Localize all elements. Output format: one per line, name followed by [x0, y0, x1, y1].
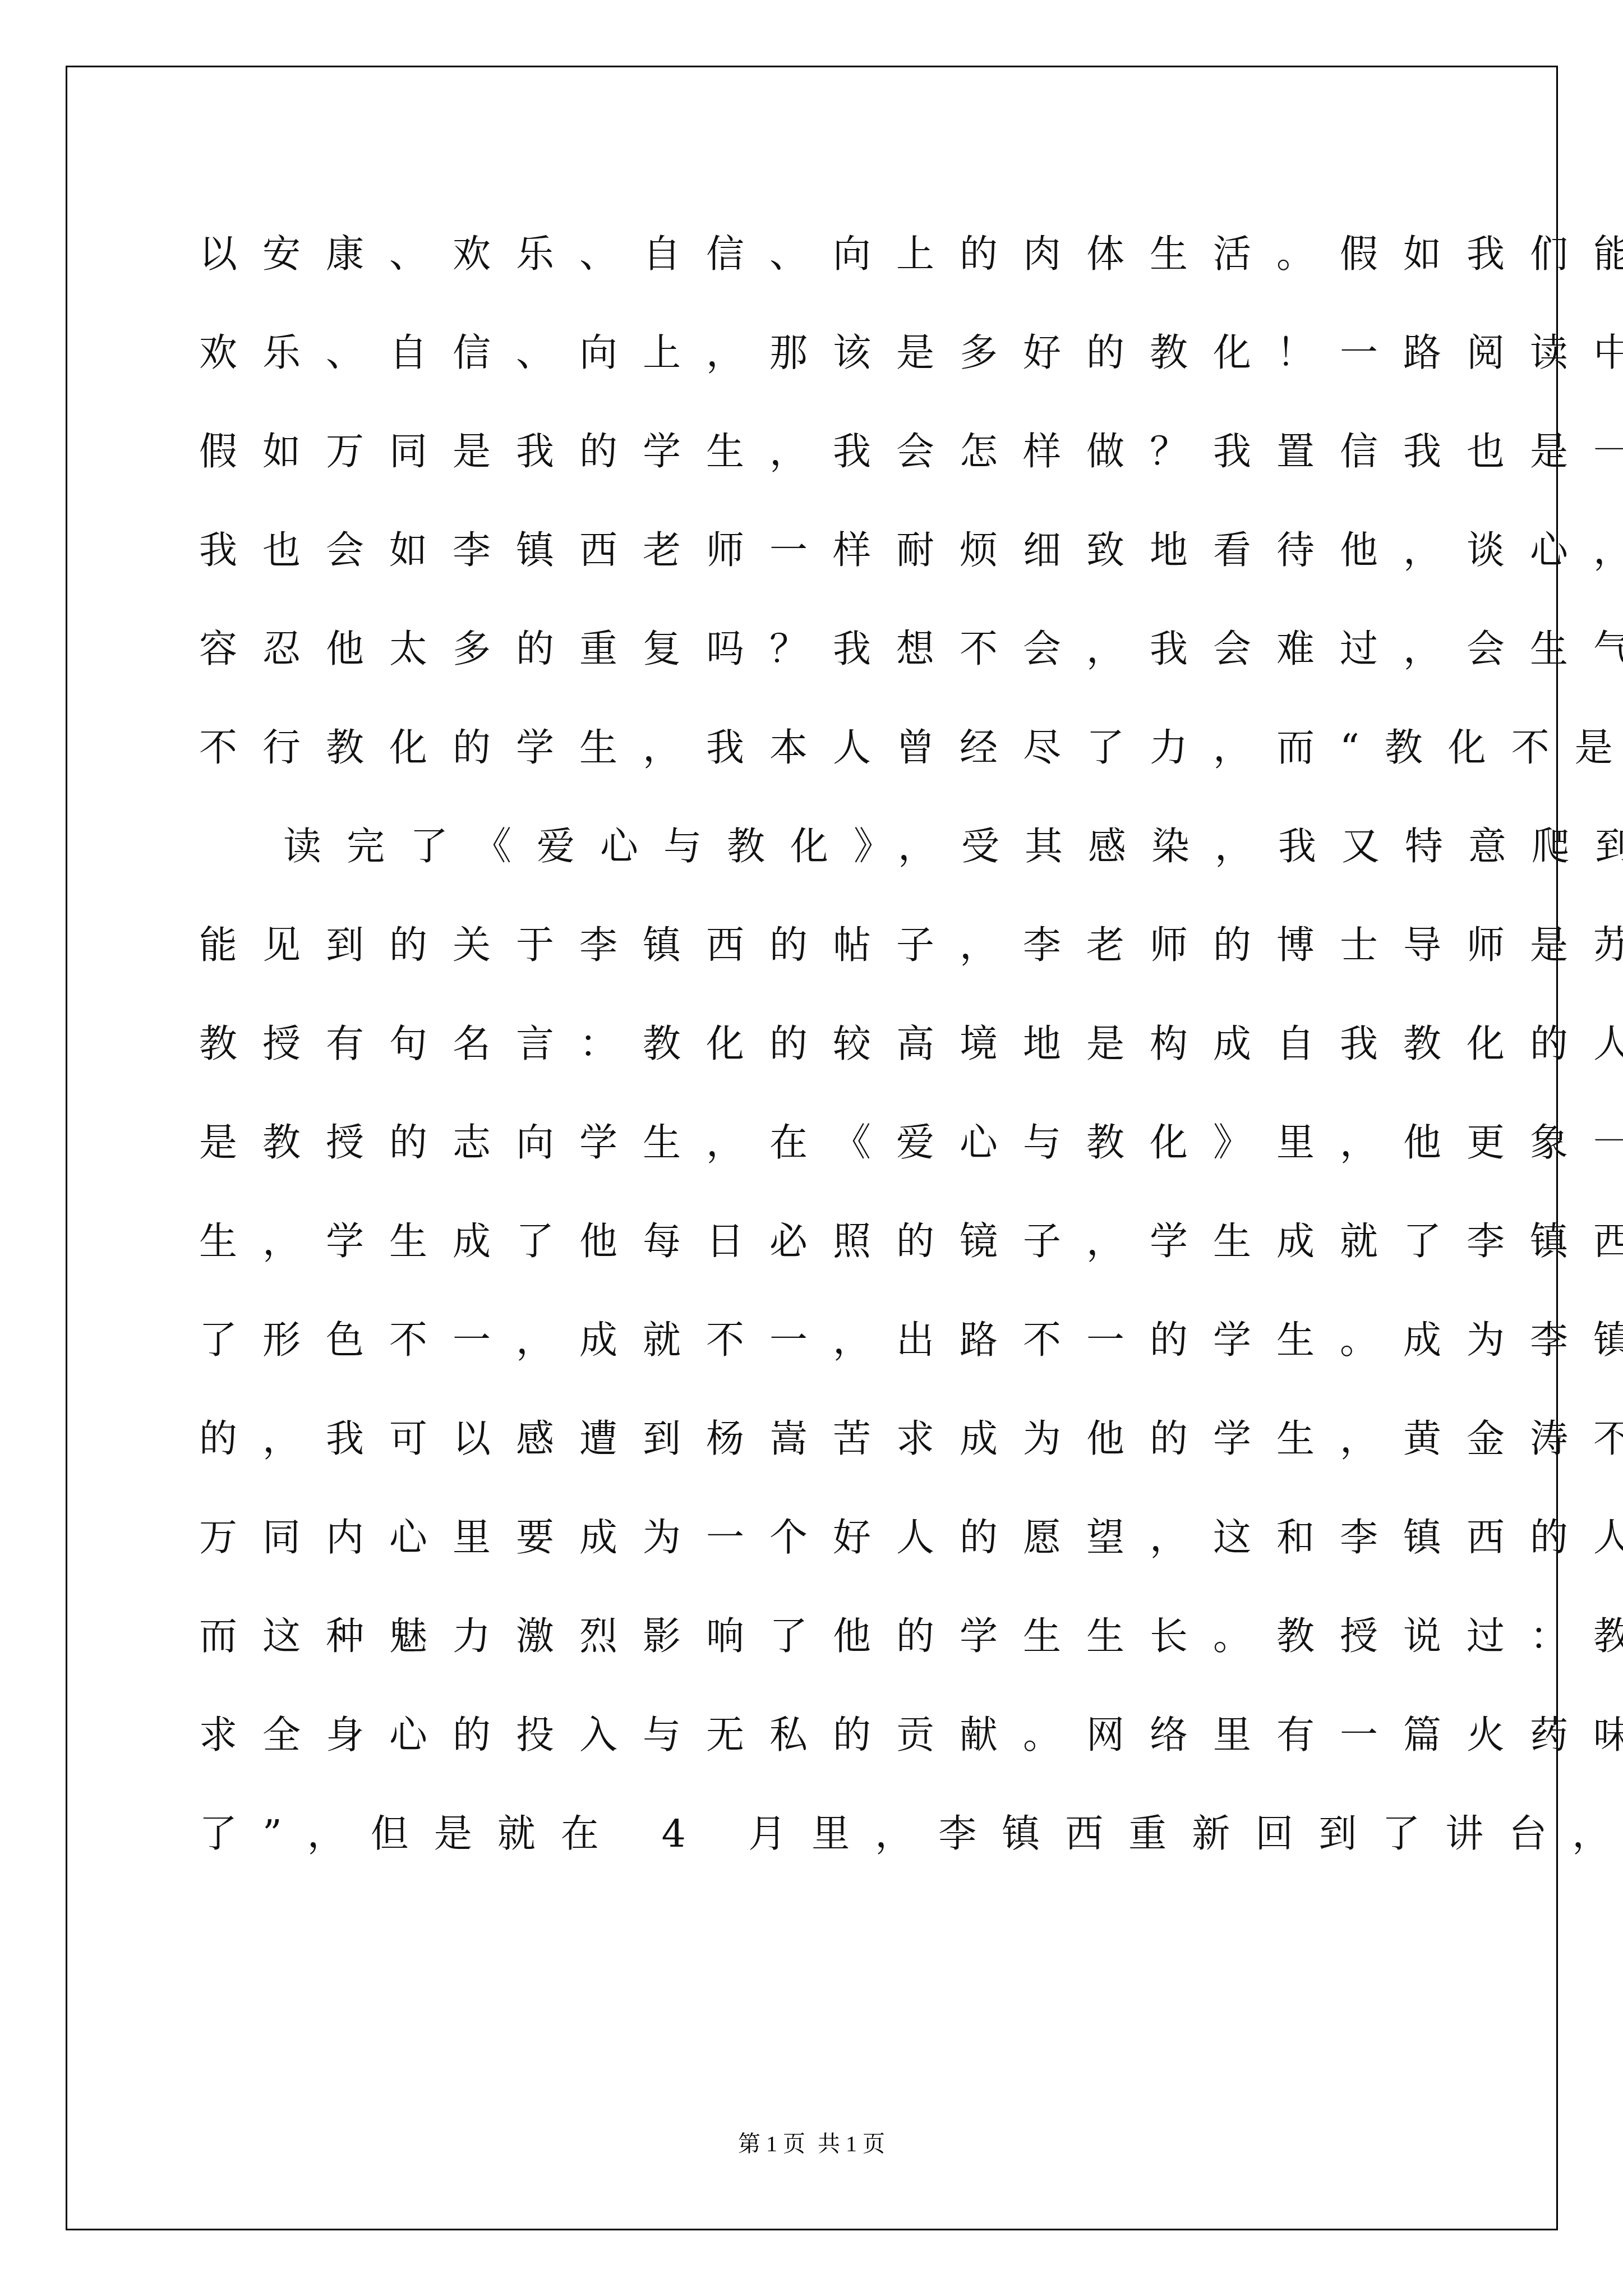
text-line: 的，我可以感遭到杨嵩苦求成为他的学生，黄金涛不悔成为他的挚友， [199, 1390, 1455, 1489]
text-line: 而这种魅力激烈影响了他的学生生长。教授说过：教化需求激情，需 [199, 1588, 1455, 1686]
text-line: 不行教化的学生，我本人曾经尽了力，而“教化不是万能的”。 [199, 699, 1455, 798]
text-line: 能见到的关于李镇西的帖子，李老师的博士导师是苏州的朱永新教授， [199, 896, 1455, 995]
text-line: 欢乐、自信、向上，那该是多好的教化！一路阅读中，我在问本人： [199, 304, 1455, 403]
text-line: 了”，但是就在 4 月里，李镇西重新回到了讲台，回到了学生中。听其 [199, 1785, 1455, 1884]
text-line: 了形色不一，成就不一，出路不一的学生。成为李镇西的学生是侥幸 [199, 1291, 1455, 1390]
text-line: 生，学生成了他每日必照的镜子，学生成就了李镇西，李镇西也培育 [199, 1193, 1455, 1291]
text-line: 假如万同是我的学生，我会怎样做？我置信我也是一个有爱心的老师， [199, 403, 1455, 501]
text-line: 教授有句名言：教化的较高境地是构成自我教化的人格。无疑李镇西 [199, 995, 1455, 1094]
page-number-current: 第 1 页 [738, 2131, 805, 2156]
paragraph-start-line: 读完了《爱心与教化》，受其感染，我又特意爬到网上阅读了尽可 [199, 798, 1455, 896]
page-number-total: 共 1 页 [818, 2131, 885, 2156]
text-line: 是教授的志向学生，在《爱心与教化》里，他更象一个孜孜以求的学 [199, 1094, 1455, 1193]
page-footer: 第 1 页 共 1 页 [0, 2126, 1623, 2158]
document-body: 以安康、欢乐、自信、向上的肉体生活。假如我们能还他们以安康、 欢乐、自信、向上，… [199, 205, 1455, 1884]
text-line: 容忍他太多的重复吗？我想不会，我会难过，会生气，会觉得万同是 [199, 600, 1455, 699]
text-line: 求全身心的投入与无私的贡献。网络里有一篇火药味极浓的“镇西走 [199, 1686, 1455, 1785]
text-line: 我也会如李镇西老师一样耐烦细致地看待他，谈心，讲道理，但我会 [199, 501, 1455, 600]
text-line: 以安康、欢乐、自信、向上的肉体生活。假如我们能还他们以安康、 [199, 205, 1455, 304]
text-line: 万同内心里要成为一个好人的愿望，这和李镇西的人格魅力有关系， [199, 1489, 1455, 1588]
